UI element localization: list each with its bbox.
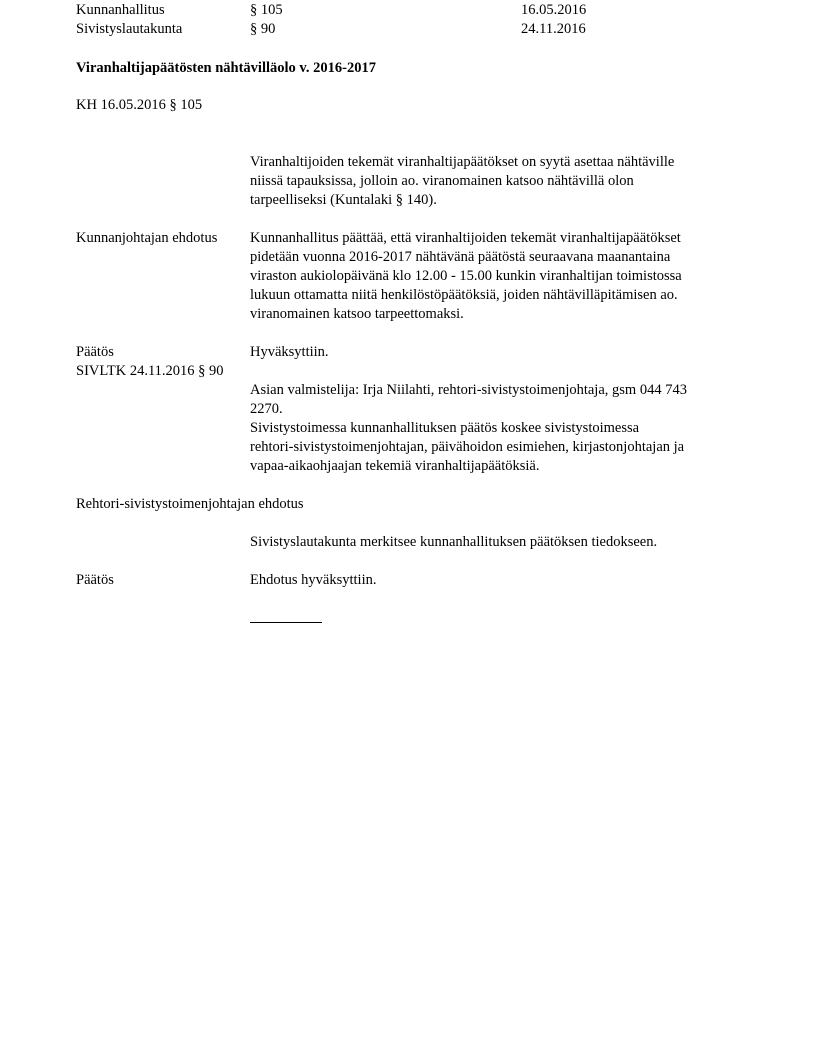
rector-proposal-label: Rehtori-sivistystoimenjohtajan ehdotus — [76, 495, 304, 513]
header-body-name: Kunnanhallitus — [76, 1, 165, 19]
proposal-line: lukuun ottamatta niitä henkilöstöpäätöks… — [250, 286, 678, 304]
preparer-line: vapaa-aikaohjaajan tekemiä viranhaltijap… — [250, 457, 539, 475]
header-date: 16.05.2016 — [521, 1, 586, 19]
decision-text: Hyväksyttiin. — [250, 343, 329, 361]
kh-reference: KH 16.05.2016 § 105 — [76, 96, 202, 114]
preparer-line: 2270. — [250, 400, 283, 418]
header-section: § 90 — [250, 20, 275, 38]
preparer-line: Asian valmistelija: Irja Niilahti, rehto… — [250, 381, 687, 399]
header-date: 24.11.2016 — [521, 20, 586, 38]
proposal-line: viranomainen katsoo tarpeettomaksi. — [250, 305, 464, 323]
proposal-line: viraston aukiolopäivänä klo 12.00 - 15.0… — [250, 267, 682, 285]
sivltk-reference: SIVLTK 24.11.2016 § 90 — [76, 362, 224, 380]
preparer-line: rehtori-sivistystoimenjohtajan, päivähoi… — [250, 438, 684, 456]
closing-rule — [250, 622, 322, 623]
proposal-line: Kunnanhallitus päättää, että viranhaltij… — [250, 229, 681, 247]
rector-proposal-text: Sivistyslautakunta merkitsee kunnanhalli… — [250, 533, 657, 551]
intro-line: tarpeelliseksi (Kuntalaki § 140). — [250, 191, 437, 209]
decision-text: Ehdotus hyväksyttiin. — [250, 571, 376, 589]
document-title: Viranhaltijapäätösten nähtävilläolo v. 2… — [76, 59, 376, 77]
proposal-line: pidetään vuonna 2016-2017 nähtävänä päät… — [250, 248, 670, 266]
decision-label: Päätös — [76, 571, 114, 589]
header-section: § 105 — [250, 1, 283, 19]
header-body-name: Sivistyslautakunta — [76, 20, 182, 38]
decision-label: Päätös — [76, 343, 114, 361]
intro-line: Viranhaltijoiden tekemät viranhaltijapää… — [250, 153, 674, 171]
preparer-line: Sivistystoimessa kunnanhallituksen päätö… — [250, 419, 639, 437]
intro-line: niissä tapauksissa, jolloin ao. viranoma… — [250, 172, 634, 190]
proposal-label: Kunnanjohtajan ehdotus — [76, 229, 217, 247]
